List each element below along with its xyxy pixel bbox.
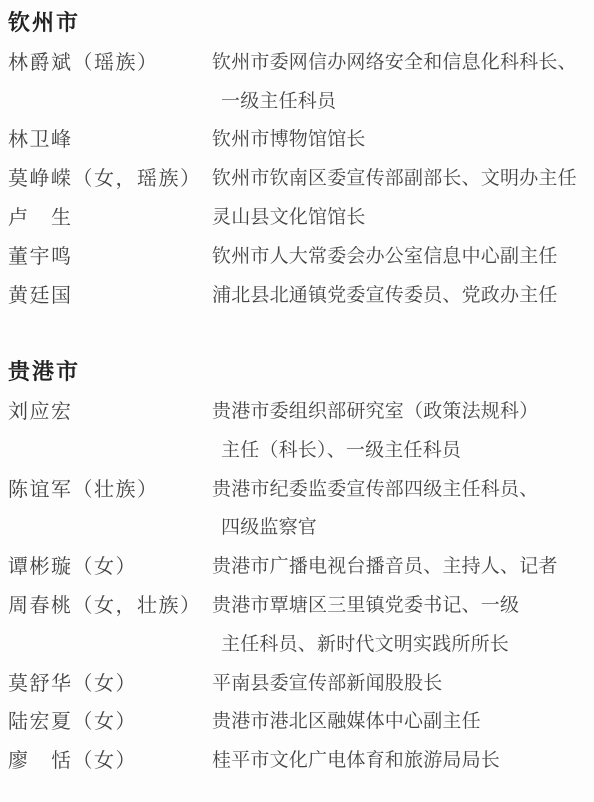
entry-row: 莫峥嵘（女，瑶族）钦州市钦南区委宣传部副部长、文明办主任 [8, 159, 588, 198]
person-position: 钦州市钦南区委宣传部副部长、文明办主任 [212, 159, 588, 198]
entry-row: 林爵斌（瑶族）钦州市委网信办网络安全和信息化科科长、一级主任科员 [8, 43, 588, 121]
entry-row: 陈谊军（壮族）贵港市纪委监委宣传部四级主任科员、四级监察官 [8, 470, 588, 548]
person-position: 钦州市博物馆馆长 [212, 120, 588, 159]
entry-row: 谭彬璇（女）贵港市广播电视台播音员、主持人、记者 [8, 547, 588, 586]
city-section: 钦州市林爵斌（瑶族）钦州市委网信办网络安全和信息化科科长、一级主任科员林卫峰钦州… [8, 4, 588, 314]
person-name: 林爵斌（瑶族） [8, 43, 212, 82]
person-name: 廖 恬（女） [8, 741, 212, 780]
person-name: 卢 生 [8, 198, 212, 237]
person-position: 贵港市纪委监委宣传部四级主任科员、四级监察官 [212, 470, 588, 548]
position-line: 浦北县北通镇党委宣传委员、党政办主任 [212, 276, 588, 315]
entry-row: 陆宏夏（女）贵港市港北区融媒体中心副主任 [8, 702, 588, 741]
entry-row: 廖 恬（女）桂平市文化广电体育和旅游局局长 [8, 741, 588, 780]
person-name: 刘应宏 [8, 392, 212, 431]
person-name: 陆宏夏（女） [8, 702, 212, 741]
entry-row: 刘应宏贵港市委组织部研究室（政策法规科）主任（科长）、一级主任科员 [8, 392, 588, 470]
position-line: 贵港市纪委监委宣传部四级主任科员、 [212, 470, 588, 509]
person-name: 陈谊军（壮族） [8, 470, 212, 509]
position-line: 贵港市委组织部研究室（政策法规科） [212, 392, 588, 431]
position-line: 灵山县文化馆馆长 [212, 198, 588, 237]
position-line: 贵港市覃塘区三里镇党委书记、一级 [212, 586, 588, 625]
position-line: 平南县委宣传部新闻股股长 [212, 664, 588, 703]
document-page: 钦州市林爵斌（瑶族）钦州市委网信办网络安全和信息化科科长、一级主任科员林卫峰钦州… [0, 0, 594, 802]
person-position: 贵港市广播电视台播音员、主持人、记者 [212, 547, 588, 586]
entry-row: 周春桃（女，壮族）贵港市覃塘区三里镇党委书记、一级主任科员、新时代文明实践所所长 [8, 586, 588, 664]
person-name: 周春桃（女，壮族） [8, 586, 212, 625]
person-name: 莫舒华（女） [8, 664, 212, 703]
entry-row: 卢 生灵山县文化馆馆长 [8, 198, 588, 237]
entry-row: 董宇鸣钦州市人大常委会办公室信息中心副主任 [8, 237, 588, 276]
entry-row: 莫舒华（女）平南县委宣传部新闻股股长 [8, 664, 588, 703]
name-list: 钦州市林爵斌（瑶族）钦州市委网信办网络安全和信息化科科长、一级主任科员林卫峰钦州… [8, 4, 588, 780]
position-line: 一级主任科员 [212, 82, 588, 121]
city-header: 钦州市 [8, 4, 588, 43]
entry-row: 林卫峰钦州市博物馆馆长 [8, 120, 588, 159]
person-position: 灵山县文化馆馆长 [212, 198, 588, 237]
position-line: 钦州市博物馆馆长 [212, 120, 588, 159]
person-name: 林卫峰 [8, 120, 212, 159]
person-position: 贵港市委组织部研究室（政策法规科）主任（科长）、一级主任科员 [212, 392, 588, 470]
person-name: 董宇鸣 [8, 237, 212, 276]
person-position: 钦州市人大常委会办公室信息中心副主任 [212, 237, 588, 276]
position-line: 贵港市广播电视台播音员、主持人、记者 [212, 547, 588, 586]
person-position: 桂平市文化广电体育和旅游局局长 [212, 741, 588, 780]
position-line: 钦州市人大常委会办公室信息中心副主任 [212, 237, 588, 276]
position-line: 贵港市港北区融媒体中心副主任 [212, 702, 588, 741]
person-position: 钦州市委网信办网络安全和信息化科科长、一级主任科员 [212, 43, 588, 121]
person-position: 贵港市港北区融媒体中心副主任 [212, 702, 588, 741]
position-line: 主任（科长）、一级主任科员 [212, 431, 588, 470]
position-line: 钦州市委网信办网络安全和信息化科科长、 [212, 43, 588, 82]
person-name: 黄廷国 [8, 276, 212, 315]
person-name: 莫峥嵘（女，瑶族） [8, 159, 212, 198]
person-name: 谭彬璇（女） [8, 547, 212, 586]
position-line: 桂平市文化广电体育和旅游局局长 [212, 741, 588, 780]
person-position: 平南县委宣传部新闻股股长 [212, 664, 588, 703]
person-position: 浦北县北通镇党委宣传委员、党政办主任 [212, 276, 588, 315]
city-section: 贵港市刘应宏贵港市委组织部研究室（政策法规科）主任（科长）、一级主任科员陈谊军（… [8, 353, 588, 780]
position-line: 四级监察官 [212, 508, 588, 547]
entry-row: 黄廷国浦北县北通镇党委宣传委员、党政办主任 [8, 276, 588, 315]
position-line: 主任科员、新时代文明实践所所长 [212, 625, 588, 664]
city-header: 贵港市 [8, 353, 588, 392]
position-line: 钦州市钦南区委宣传部副部长、文明办主任 [212, 159, 588, 198]
person-position: 贵港市覃塘区三里镇党委书记、一级主任科员、新时代文明实践所所长 [212, 586, 588, 664]
